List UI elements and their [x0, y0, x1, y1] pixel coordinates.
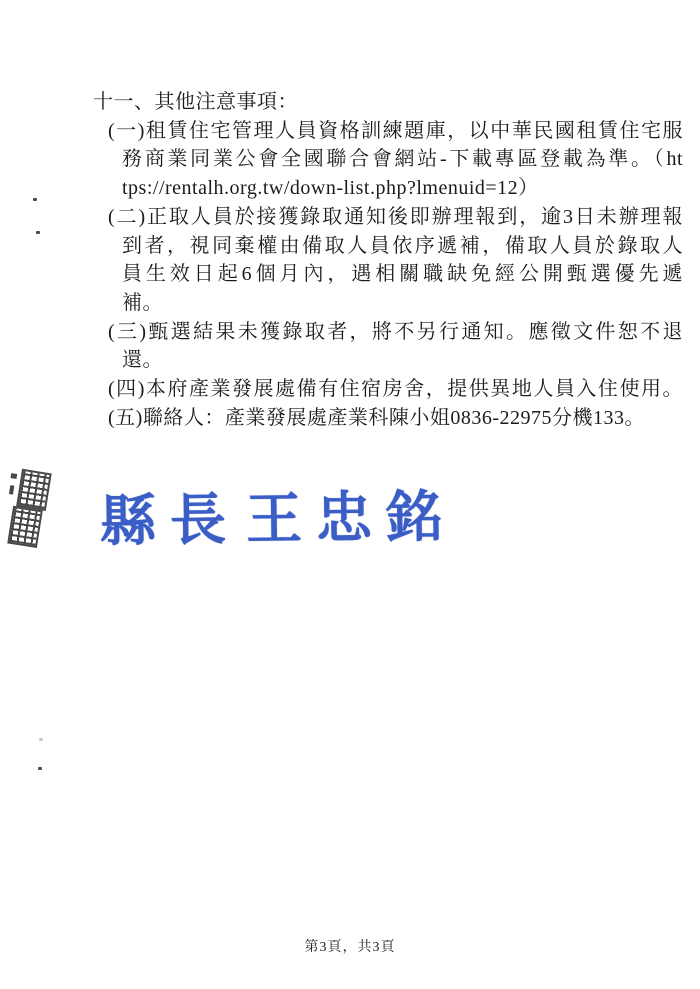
item-3-line-1: (三)甄選結果未獲錄取者，將不另行通知。應徵文件恕不退: [93, 318, 683, 347]
scanned-document-page: 十一、其他注意事項： (一)租賃住宅管理人員資格訓練題庫，以中華民國租賃住宅服 …: [0, 0, 700, 989]
official-seal-stamp-icon: [0, 463, 56, 553]
item-2-line-1: (二)正取人員於接獲錄取通知後即辦理報到，逾3日未辦理報: [93, 203, 683, 232]
scan-speck: [36, 231, 40, 234]
item-2-line-2: 到者，視同棄權由備取人員依序遞補，備取人員於錄取人: [93, 232, 683, 261]
signature-name: 王忠銘: [246, 487, 457, 552]
scan-speck: [39, 738, 43, 741]
item-5-contact-line: (五)聯絡人：產業發展處產業科陳小姐0836-22975分機133。: [93, 404, 683, 433]
document-body: 十一、其他注意事項： (一)租賃住宅管理人員資格訓練題庫，以中華民國租賃住宅服 …: [93, 88, 683, 432]
scan-speck: [38, 767, 42, 770]
seal-upper-block: [16, 469, 52, 511]
item-3-line-2: 還。: [93, 346, 683, 375]
item-2-line-3: 員生效日起6個月內，遇相關職缺免經公開甄選優先遞: [93, 260, 683, 289]
seal-fragment: [10, 473, 17, 479]
seal-lower-block: [7, 506, 43, 548]
item-1-line-2: 務商業同業公會全國聯合會網站-下載專區登載為準。（ht: [93, 145, 683, 174]
item-1-line-3-url: tps://rentalh.org.tw/down-list.php?lmenu…: [93, 174, 683, 203]
item-2-line-4: 補。: [93, 289, 683, 318]
section-heading: 十一、其他注意事項：: [93, 88, 683, 117]
page-footer: 第3頁，共3頁: [0, 936, 700, 956]
seal-fragment: [9, 485, 14, 495]
signature-title: 縣長: [100, 490, 241, 554]
scan-speck: [33, 198, 37, 201]
item-1-line-1: (一)租賃住宅管理人員資格訓練題庫，以中華民國租賃住宅服: [93, 117, 683, 146]
item-4-line-1: (四)本府產業發展處備有住宿房舍，提供異地人員入住使用。: [93, 375, 683, 404]
magistrate-signature: 縣長王忠銘: [100, 485, 457, 557]
